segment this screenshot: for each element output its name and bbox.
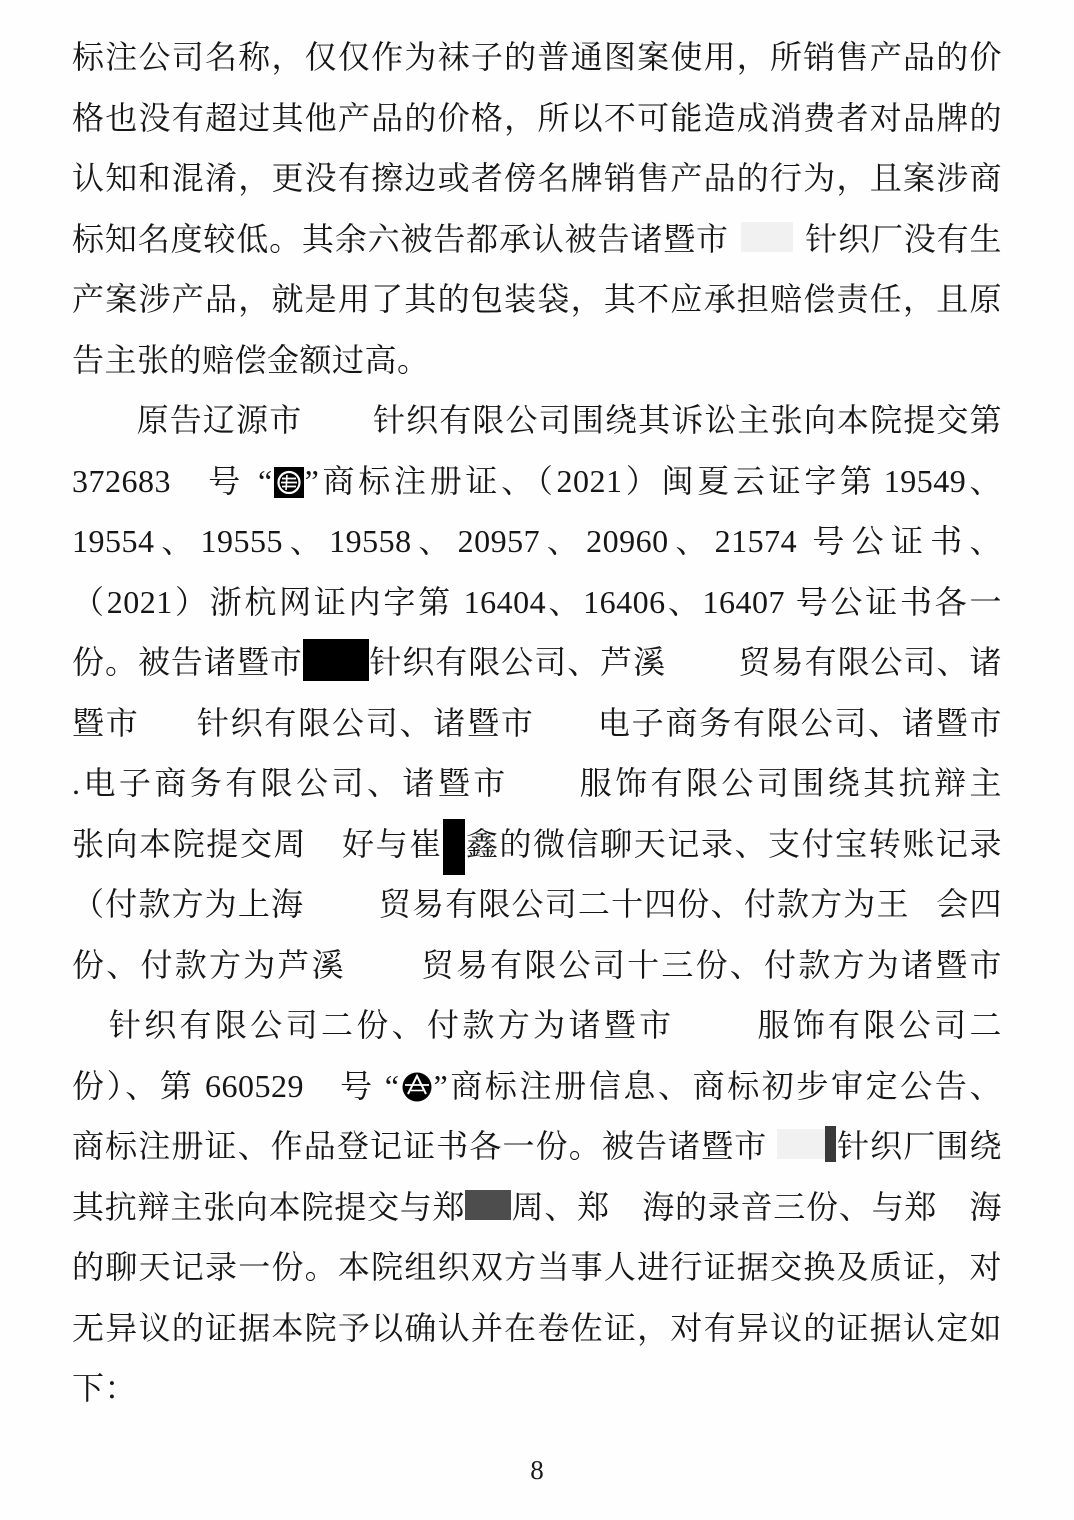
court-document-page: 标注公司名称，仅仅作为袜子的普通图案使用，所销售产品的价格也没有超过其他产品的价… xyxy=(0,0,1074,1520)
document-line: 372683号“”商标注册证、（2021）闽夏云证字第19549、 xyxy=(72,451,1002,512)
text-run: （付款方为上海 xyxy=(72,886,304,922)
redaction-gap xyxy=(171,490,205,492)
redaction-gap xyxy=(72,429,136,431)
text-run: 19549、 xyxy=(884,463,1002,499)
redaction-gap xyxy=(910,913,936,915)
text-run: “ xyxy=(258,463,273,499)
text-run: 的聊天记录一份。本院组织双方当事人进行证据交换及质证，对 xyxy=(72,1249,1002,1285)
page-number: 8 xyxy=(72,1455,1002,1486)
document-line: 份）、第 660529号“”商标注册信息、商标初步审定公告、 xyxy=(72,1056,1002,1117)
document-line: 针织有限公司二份、付款方为诸暨市服饰有限公司二 xyxy=(72,995,1002,1056)
text-run: 电子商务有限公司、诸暨市 xyxy=(597,705,1002,741)
text-run: 产案涉产品，就是用了其的包装袋，其不应承担赔偿责任，且原 xyxy=(72,281,1002,317)
text-run: 372683 xyxy=(72,463,171,499)
redaction-box-black xyxy=(303,639,369,681)
text-run: 份、付款方为芦溪 xyxy=(72,947,346,983)
text-run: 暨市 xyxy=(72,705,140,741)
text-run: 19554、19555、19558、20957、20960、21574 号公证书… xyxy=(72,523,1002,559)
text-run: 标知名度较低。其余六被告都承认被告诸暨市 xyxy=(72,221,729,257)
redaction-gap xyxy=(666,671,738,673)
text-run: 服饰有限公司围绕其抗辩主 xyxy=(577,765,1002,801)
document-line: 原告辽源市针织有限公司围绕其诉讼主张向本院提交第 xyxy=(72,390,1002,451)
text-run: 商标注册证、（2021）闽夏云证字第 xyxy=(319,463,875,499)
redaction-gap xyxy=(729,248,741,250)
document-line: 商标注册证、作品登记证书各一份。被告诸暨市针织厂围绕 xyxy=(72,1116,1002,1177)
text-run: 告主张的赔偿金额过高。 xyxy=(72,342,430,378)
document-line: 19554、19555、19558、20957、20960、21574 号公证书… xyxy=(72,511,1002,572)
redaction-gap xyxy=(304,913,378,915)
redaction-gap xyxy=(304,1095,338,1097)
trademark-2-icon xyxy=(400,1063,434,1124)
text-run: 针织有限公司、诸暨市 xyxy=(196,705,535,741)
text-run: 贸易有限公司、诸 xyxy=(738,644,1002,680)
redaction-gap xyxy=(509,792,577,794)
document-line: 张向本院提交周好与崔鑫的微信聊天记录、支付宝转账记录 xyxy=(72,814,1002,875)
text-run: 针织有限公司、芦溪 xyxy=(369,644,666,680)
text-run: . xyxy=(72,765,81,801)
text-run: 海 xyxy=(969,1189,1002,1225)
text-run: 电子商务有限公司、诸暨市 xyxy=(81,765,509,801)
text-run: 服饰有限公司二 xyxy=(755,1007,1002,1043)
document-line: 其抗辩主张向本院提交与郑周、郑海的录音三份、与郑海 xyxy=(72,1177,1002,1238)
text-run: 会四 xyxy=(936,886,1002,922)
redaction-box-light xyxy=(741,222,793,252)
text-run: 原告辽源市 xyxy=(136,402,302,438)
redaction-gap xyxy=(937,1216,969,1218)
text-run: 标注公司名称，仅仅作为袜子的普通图案使用，所销售产品的价 xyxy=(72,39,1002,75)
redaction-gap xyxy=(535,732,597,734)
text-run: 认知和混淆，更没有擦边或者傍名牌销售产品的行为，且案涉商 xyxy=(72,160,1002,196)
text-run: ” xyxy=(305,463,320,499)
text-run: 海的录音三份、与郑 xyxy=(642,1189,937,1225)
text-run: 商标注册信息、商标初步审定公告、 xyxy=(448,1068,1002,1104)
text-run: 鑫的微信聊天记录、支付宝转账记录 xyxy=(465,826,1002,862)
document-line: 暨市针织有限公司、诸暨市电子商务有限公司、诸暨市 xyxy=(72,693,1002,754)
text-run: （2021）浙杭网证内字第 16404、16406、16407 号公证书各一 xyxy=(72,584,1002,620)
text-run: 周、郑 xyxy=(511,1189,610,1225)
text-run: 针织有限公司二份、付款方为诸暨市 xyxy=(106,1007,675,1043)
text-run: 号 xyxy=(338,1068,375,1104)
text-run: 下： xyxy=(72,1370,137,1406)
redaction-gap xyxy=(307,853,341,855)
document-line: 无异议的证据本院予以确认并在卷佐证，对有异议的证据认定如 xyxy=(72,1298,1002,1359)
document-line: 标知名度较低。其余六被告都承认被告诸暨市针织厂没有生 xyxy=(72,209,1002,270)
document-line: （付款方为上海贸易有限公司二十四份、付款方为王会四 xyxy=(72,874,1002,935)
redaction-gap xyxy=(140,732,196,734)
text-run: 贸易有限公司二十四份、付款方为王 xyxy=(378,886,909,922)
text-run: 针织有限公司围绕其诉讼主张向本院提交第 xyxy=(372,402,1002,438)
redaction-gap xyxy=(767,1155,777,1157)
text-run: 份）、第 660529 xyxy=(72,1068,304,1104)
document-line: 格也没有超过其他产品的价格，所以不可能造成消费者对品牌的 xyxy=(72,88,1002,149)
document-line: 下： xyxy=(72,1358,1002,1419)
redaction-gap xyxy=(244,490,258,492)
text-run: 针织厂没有生 xyxy=(805,221,1002,257)
redaction-box-darkgray xyxy=(465,1190,511,1220)
document-line: 份。被告诸暨市针织有限公司、芦溪贸易有限公司、诸 xyxy=(72,632,1002,693)
text-run: ” xyxy=(434,1068,449,1104)
text-run: 贸易有限公司十三份、付款方为诸暨市 xyxy=(420,947,1002,983)
text-run: 格也没有超过其他产品的价格，所以不可能造成消费者对品牌的 xyxy=(72,100,1002,136)
document-line: 的聊天记录一份。本院组织双方当事人进行证据交换及质证，对 xyxy=(72,1237,1002,1298)
text-run: “ xyxy=(385,1068,400,1104)
document-line: .电子商务有限公司、诸暨市服饰有限公司围绕其抗辩主 xyxy=(72,753,1002,814)
text-run: 号 xyxy=(205,463,244,499)
redaction-gap xyxy=(675,1034,755,1036)
text-run: 其抗辩主张向本院提交与郑 xyxy=(72,1189,465,1225)
redaction-gap xyxy=(346,974,420,976)
document-body: 标注公司名称，仅仅作为袜子的普通图案使用，所销售产品的价格也没有超过其他产品的价… xyxy=(72,27,1002,1419)
text-run: 张向本院提交周 xyxy=(72,826,307,862)
redaction-box-black xyxy=(443,819,465,875)
redaction-box-light xyxy=(777,1129,825,1159)
document-line: 认知和混淆，更没有擦边或者傍名牌销售产品的行为，且案涉商 xyxy=(72,148,1002,209)
document-line: 产案涉产品，就是用了其的包装袋，其不应承担赔偿责任，且原 xyxy=(72,269,1002,330)
document-line: 告主张的赔偿金额过高。 xyxy=(72,330,1002,391)
redaction-gap xyxy=(610,1216,642,1218)
text-run: 商标注册证、作品登记证书各一份。被告诸暨市 xyxy=(72,1128,767,1164)
text-run: 针织厂围绕 xyxy=(836,1128,1002,1164)
redaction-gap xyxy=(375,1095,385,1097)
redaction-gap xyxy=(302,429,372,431)
document-line: 标注公司名称，仅仅作为袜子的普通图案使用，所销售产品的价 xyxy=(72,27,1002,88)
redaction-gap xyxy=(876,490,884,492)
text-run: 无异议的证据本院予以确认并在卷佐证，对有异议的证据认定如 xyxy=(72,1310,1002,1346)
redaction-gap xyxy=(793,248,805,250)
text-run: 好与崔 xyxy=(341,826,443,862)
redaction-box-darkbar xyxy=(825,1126,836,1162)
trademark-1-icon xyxy=(273,458,305,519)
text-run: 份。被告诸暨市 xyxy=(72,644,303,680)
redaction-gap xyxy=(72,1034,106,1036)
document-line: （2021）浙杭网证内字第 16404、16406、16407 号公证书各一 xyxy=(72,572,1002,633)
document-line: 份、付款方为芦溪贸易有限公司十三份、付款方为诸暨市 xyxy=(72,935,1002,996)
